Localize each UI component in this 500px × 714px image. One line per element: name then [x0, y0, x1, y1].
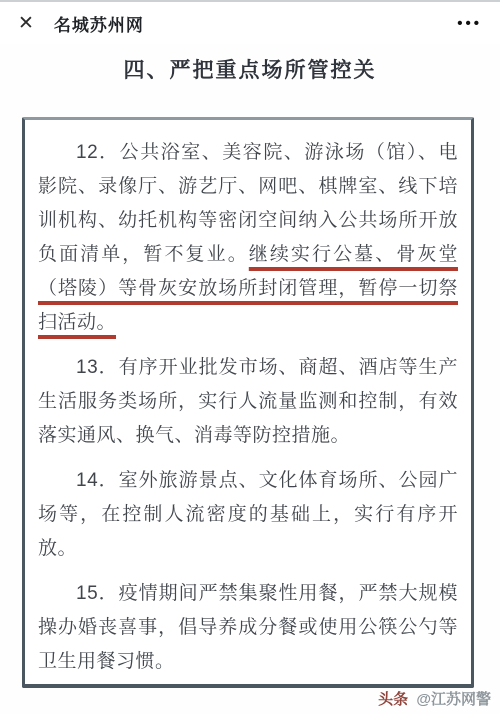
document-box: 12．公共浴室、美容院、游泳场（馆）、电影院、录像厅、游艺厅、网吧、棋牌室、线下…: [22, 117, 474, 688]
article-heading: 四、严把重点场所管控关: [0, 54, 500, 84]
toutiao-watermark: 头条 @江苏网警: [378, 688, 491, 709]
app-top-bar: ✕ 名城苏州网 •••: [0, 2, 500, 44]
watermark-brand: 头条: [378, 691, 408, 708]
page-title: 名城苏州网: [54, 11, 144, 36]
close-icon[interactable]: ✕: [18, 14, 34, 33]
more-menu-icon[interactable]: •••: [457, 16, 482, 31]
paragraph-14-text: 14．室外旅游景点、文化体育场所、公园广场等，在控制人流密度的基础上，实行有序开…: [38, 470, 458, 559]
paragraph-15-text: 15．疫情期间严禁集聚性用餐，严禁大规模操办婚丧喜事，倡导养成分餐或使用公筷公勺…: [38, 583, 458, 672]
paragraph-13-text: 13．有序开业批发市场、商超、酒店等生产生活服务类场所，实行人流量监测和控制，有…: [38, 357, 458, 446]
paragraph-15: 15．疫情期间严禁集聚性用餐，严禁大规模操办婚丧喜事，倡导养成分餐或使用公筷公勺…: [38, 577, 458, 679]
paragraph-12: 12．公共浴室、美容院、游泳场（馆）、电影院、录像厅、游艺厅、网吧、棋牌室、线下…: [38, 136, 458, 340]
watermark-handle: @江苏网警: [416, 691, 491, 708]
paragraph-13: 13．有序开业批发市场、商超、酒店等生产生活服务类场所，实行人流量监测和控制，有…: [38, 351, 458, 453]
paragraph-14: 14．室外旅游景点、文化体育场所、公园广场等，在控制人流密度的基础上，实行有序开…: [38, 464, 458, 566]
